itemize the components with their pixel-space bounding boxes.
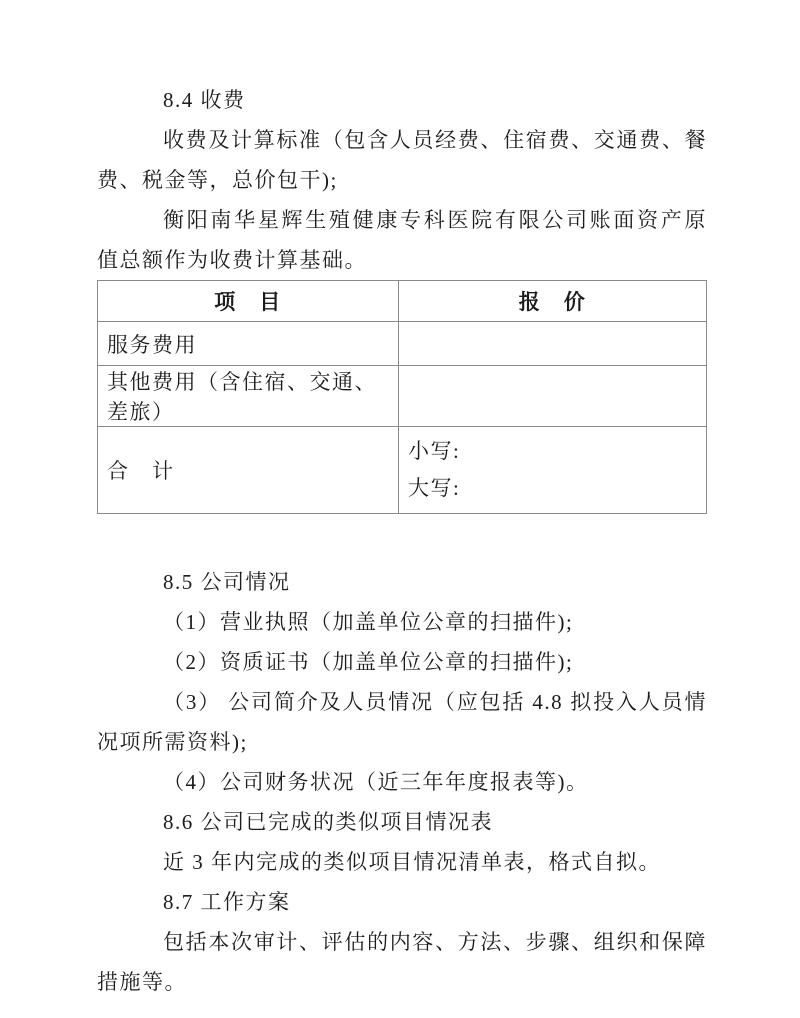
heading-8-7: 8.7 工作方案	[97, 882, 707, 922]
table-row-other-fee: 其他费用（含住宿、交通、差旅）	[98, 366, 707, 427]
cell-other-fee-quote	[399, 366, 707, 427]
table-header-row: 项 目 报 价	[98, 281, 707, 322]
total-quote-small-label: 小写:	[408, 433, 697, 470]
para-fee-basis-line2: 值总额作为收费计算基础。	[97, 240, 707, 280]
list-item-financial-status: （4）公司财务状况（近三年年度报表等)。	[97, 762, 707, 802]
heading-8-4: 8.4 收费	[97, 80, 707, 120]
cell-total-quote: 小写: 大写:	[399, 427, 707, 514]
table-header-quote: 报 价	[399, 281, 707, 322]
para-fee-standard-line1: 收费及计算标准（包含人员经费、住宿费、交通费、餐	[97, 120, 707, 160]
para-work-plan-line2: 措施等。	[97, 962, 707, 1002]
fee-quote-table: 项 目 报 价 服务费用 其他费用（含住宿、交通、差旅） 合 计 小写: 大写:	[97, 280, 707, 514]
list-item-business-license: （1）营业执照（加盖单位公章的扫描件);	[97, 602, 707, 642]
document-page: 8.4 收费 收费及计算标准（包含人员经费、住宿费、交通费、餐 费、税金等，总价…	[0, 0, 800, 1018]
cell-service-fee-quote	[399, 322, 707, 366]
table-header-item: 项 目	[98, 281, 399, 322]
para-fee-basis-line1: 衡阳南华星辉生殖健康专科医院有限公司账面资产原	[97, 200, 707, 240]
para-work-plan-line1: 包括本次审计、评估的内容、方法、步骤、组织和保障	[97, 922, 707, 962]
heading-8-6: 8.6 公司已完成的类似项目情况表	[97, 802, 707, 842]
total-quote-big-label: 大写:	[408, 470, 697, 507]
para-fee-standard-line2: 费、税金等，总价包干);	[97, 160, 707, 200]
para-similar-projects: 近 3 年内完成的类似项目情况清单表，格式自拟。	[97, 842, 707, 882]
cell-other-fee-label: 其他费用（含住宿、交通、差旅）	[98, 366, 399, 427]
list-item-company-profile-line2: 况项所需资料);	[97, 722, 707, 762]
heading-8-5: 8.5 公司情况	[97, 562, 707, 602]
list-item-company-profile-line1: （3） 公司简介及人员情况（应包括 4.8 拟投入人员情	[97, 682, 707, 722]
list-item-qualification-cert: （2）资质证书（加盖单位公章的扫描件);	[97, 642, 707, 682]
cell-total-label: 合 计	[98, 427, 399, 514]
table-row-total: 合 计 小写: 大写:	[98, 427, 707, 514]
table-row-service-fee: 服务费用	[98, 322, 707, 366]
cell-service-fee-label: 服务费用	[98, 322, 399, 366]
